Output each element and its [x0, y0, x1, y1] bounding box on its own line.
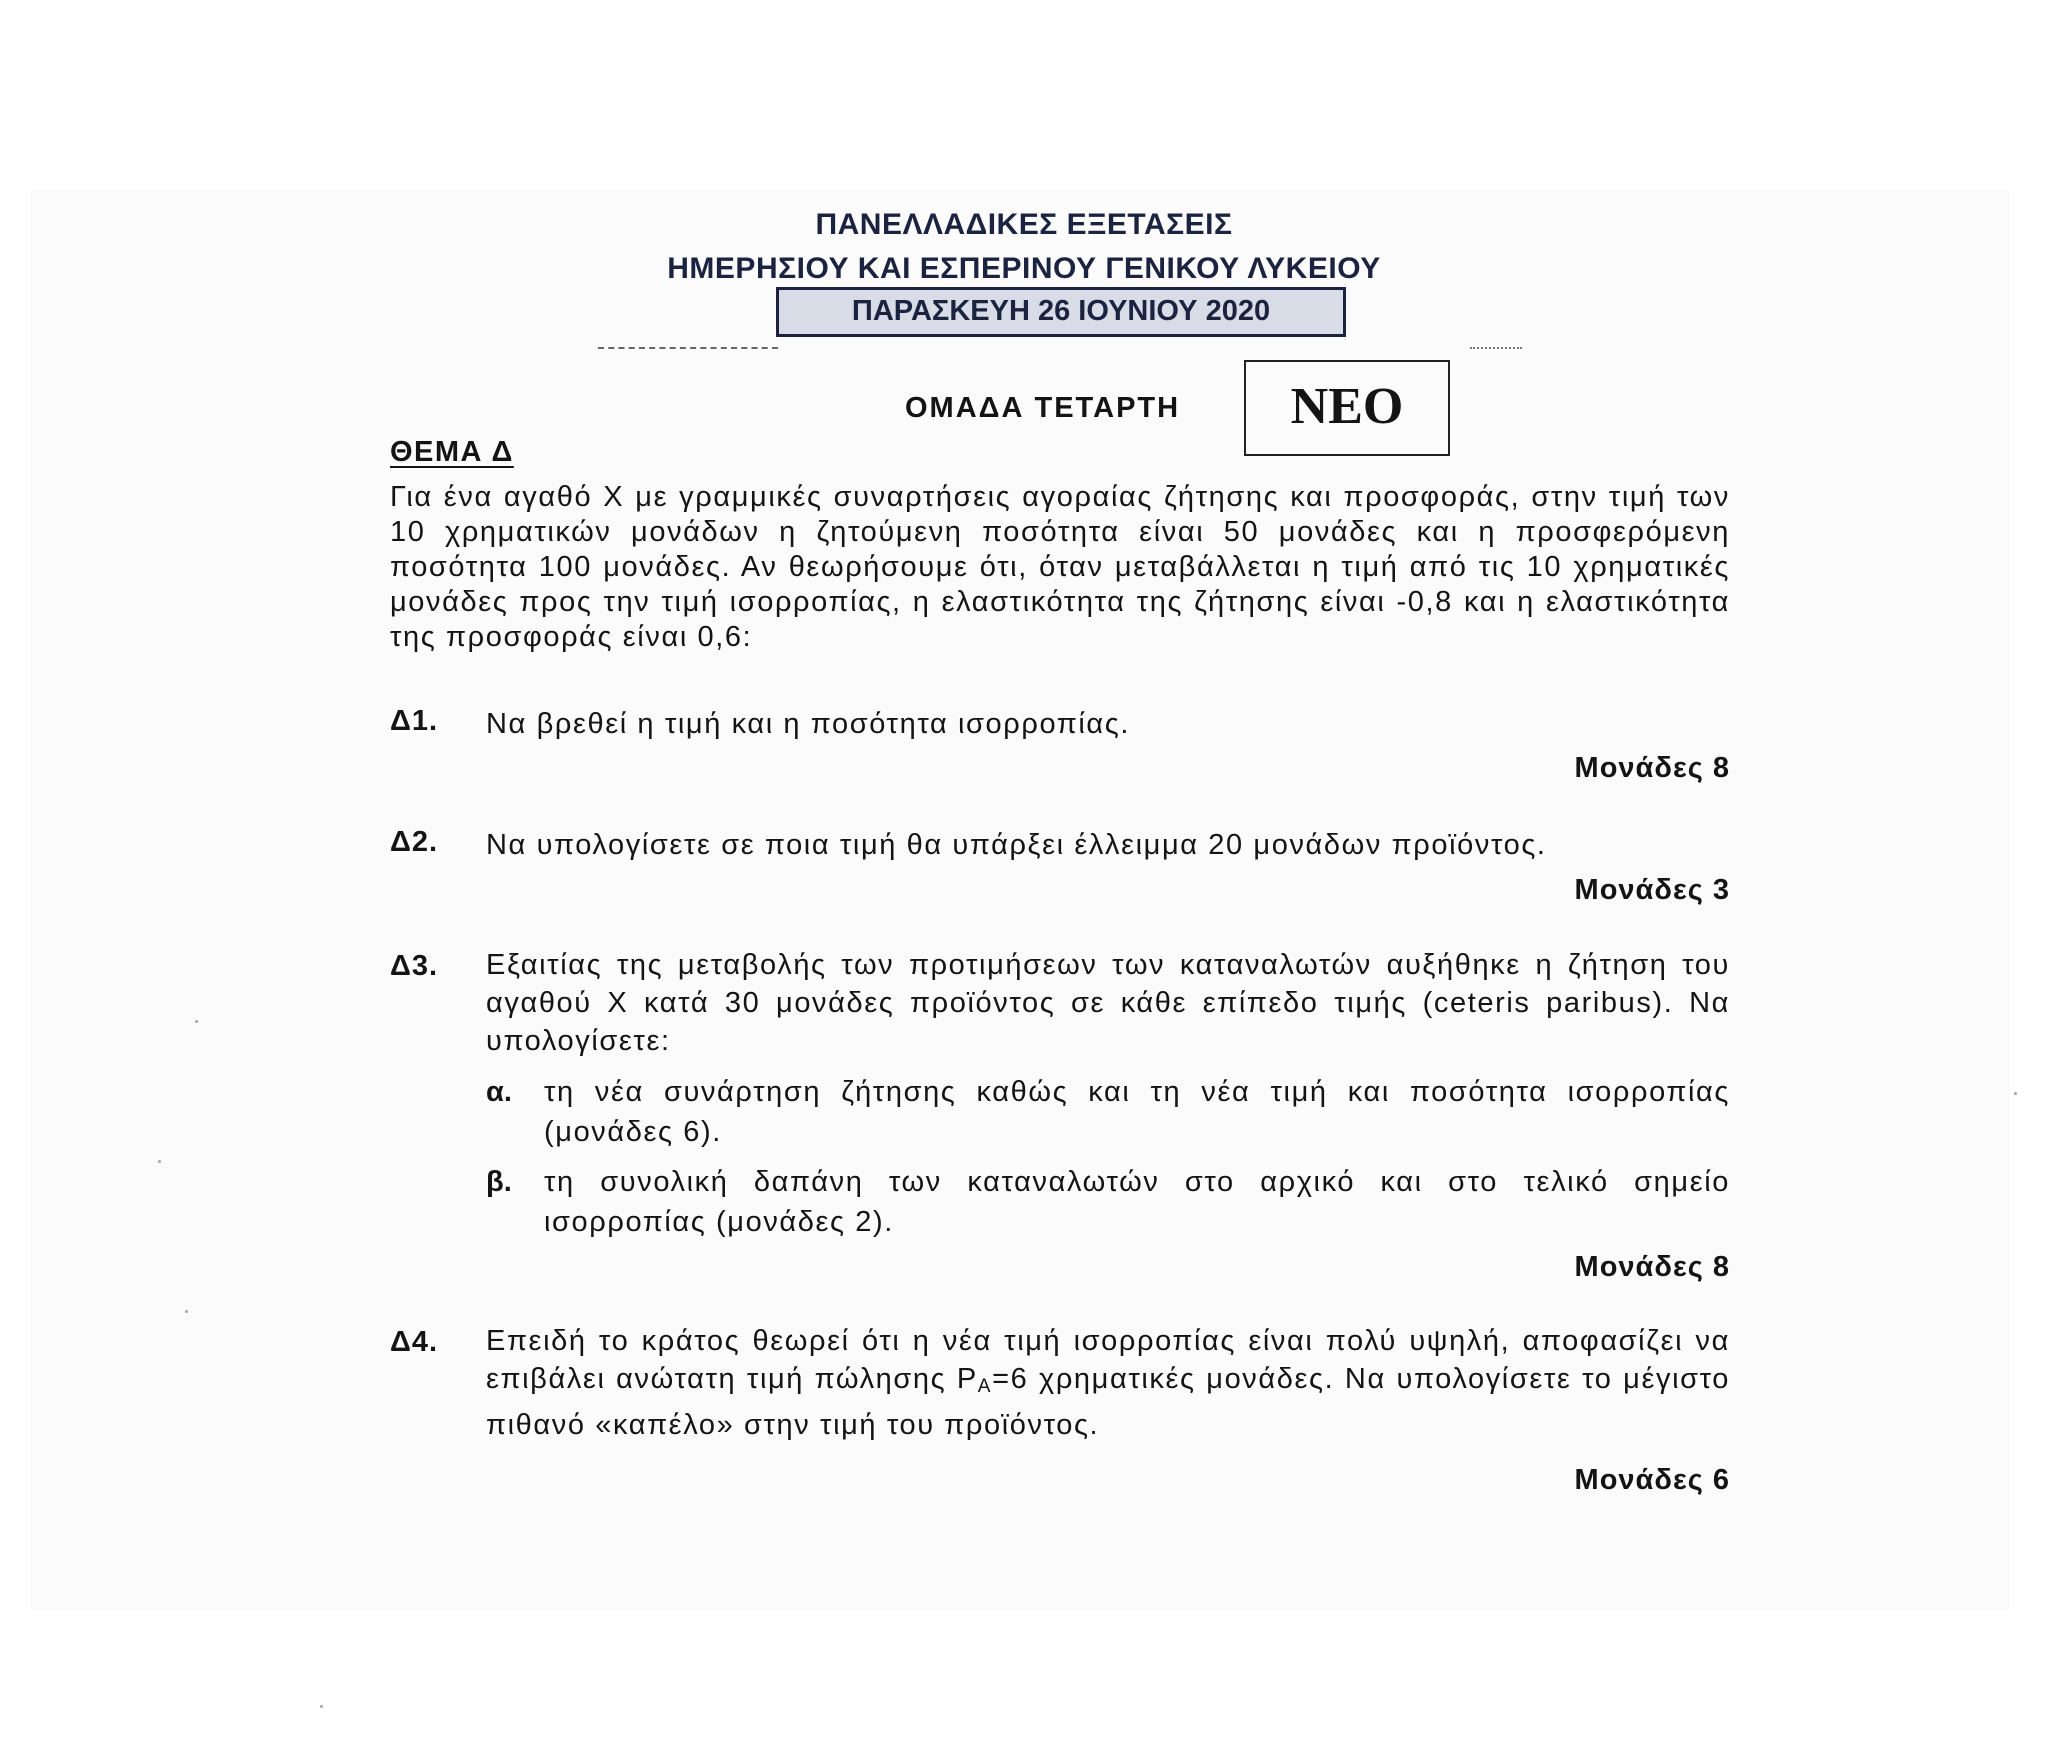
question-text-d2: Να υπολογίσετε σε ποια τιμή θα υπάρξει έ…	[486, 826, 1730, 864]
divider-right	[1470, 347, 1522, 349]
scan-speck	[185, 1310, 188, 1313]
price-subscript: A	[978, 1376, 992, 1397]
exam-subtitle: ΗΜΕΡΗΣΙΟΥ ΚΑΙ ΕΣΠΕΡΙΝΟΥ ΓΕΝΙΚΟΥ ΛΥΚΕΙΟΥ	[0, 252, 2048, 286]
question-label-d1: Δ1.	[390, 705, 438, 738]
divider-left	[598, 347, 778, 349]
question-label-d4: Δ4.	[390, 1326, 438, 1359]
subitem-label-a: α.	[486, 1076, 512, 1109]
marks-d2: Μονάδες 3	[1575, 874, 1730, 907]
question-text-d4: Επειδή το κράτος θεωρεί ότι η νέα τιμή ι…	[486, 1322, 1730, 1444]
subitem-text-a: τη νέα συνάρτηση ζήτησης καθώς και τη νέ…	[544, 1072, 1730, 1152]
group-title: ΟΜΑΔΑ ΤΕΤΑΡΤΗ	[905, 392, 1180, 425]
scan-speck	[158, 1160, 161, 1163]
question-label-d2: Δ2.	[390, 826, 438, 859]
scan-speck	[2014, 1092, 2017, 1095]
exam-title: ΠΑΝΕΛΛΑΔΙΚΕΣ ΕΞΕΤΑΣΕΙΣ	[0, 208, 2048, 242]
scan-speck	[320, 1705, 323, 1708]
question-label-d3: Δ3.	[390, 950, 438, 983]
question-text-d1: Να βρεθεί η τιμή και η ποσότητα ισορροπί…	[486, 705, 1730, 743]
subitem-label-b: β.	[486, 1166, 512, 1199]
subitem-text-b: τη συνολική δαπάνη των καταναλωτών στο α…	[544, 1162, 1730, 1242]
exam-date-box: ΠΑΡΑΣΚΕΥΗ 26 ΙΟΥΝΙΟΥ 2020	[776, 287, 1346, 337]
problem-intro: Για ένα αγαθό Χ με γραμμικές συναρτήσεις…	[390, 480, 1730, 655]
marks-d1: Μονάδες 8	[1575, 752, 1730, 785]
question-text-d3: Εξαιτίας της μεταβολής των προτιμήσεων τ…	[486, 946, 1730, 1060]
theme-title: ΘΕΜΑ Δ	[390, 436, 514, 469]
marks-d4: Μονάδες 6	[1575, 1464, 1730, 1497]
new-curriculum-badge: ΝΕΟ	[1244, 360, 1450, 456]
marks-d3: Μονάδες 8	[1575, 1251, 1730, 1284]
scan-speck	[195, 1020, 198, 1023]
